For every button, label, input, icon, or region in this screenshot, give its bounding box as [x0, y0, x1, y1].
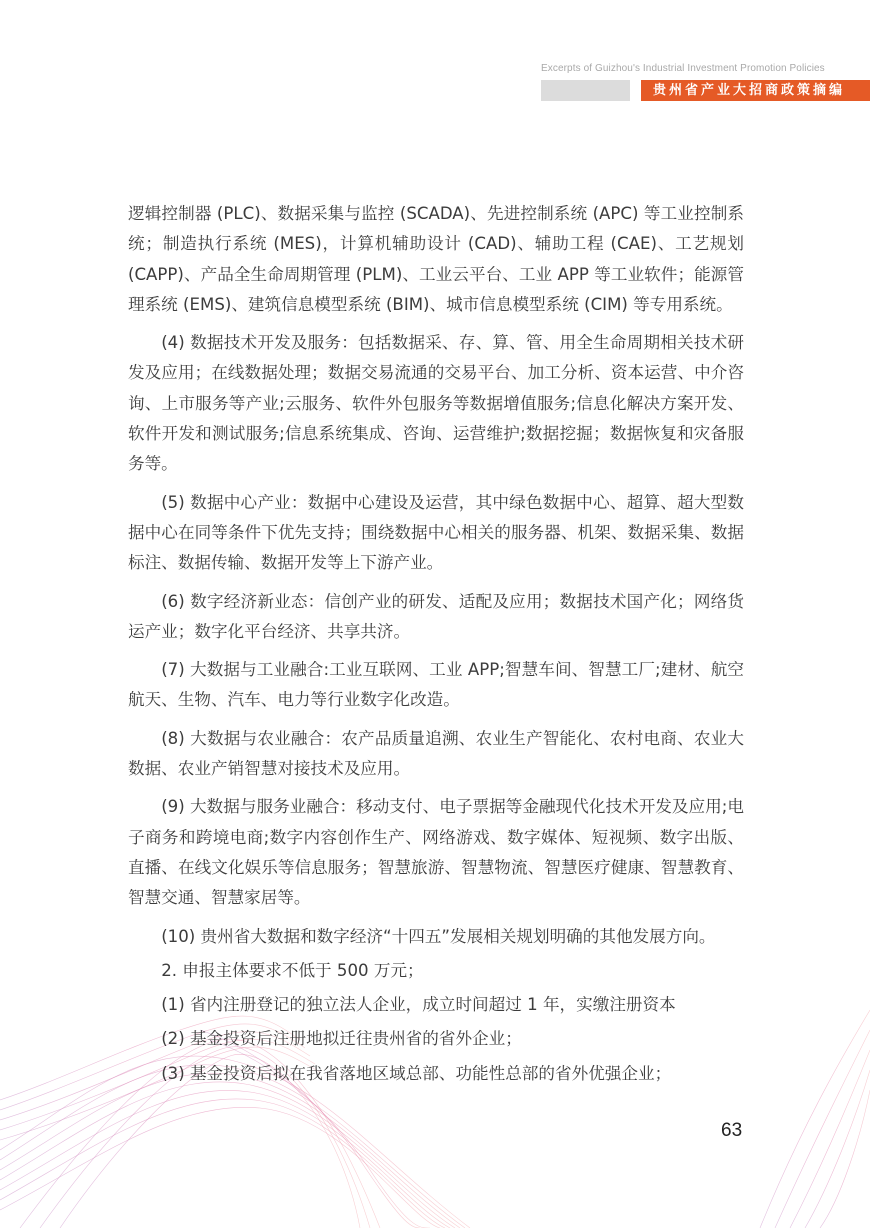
header-title-banner: 贵州省产业大招商政策摘编: [641, 80, 870, 101]
paragraph-sub-2: (2) 基金投资后注册地拟迁往贵州省的省外企业；: [128, 1024, 744, 1054]
paragraph-section-2: 2. 申报主体要求不低于 500 万元；: [128, 956, 744, 986]
paragraph-continued: 逻辑控制器 (PLC)、数据采集与监控 (SCADA)、先进控制系统 (APC)…: [128, 199, 744, 320]
header-subtitle-en: Excerpts of Guizhou's Industrial Investm…: [541, 63, 841, 74]
paragraph-item-4: (4) 数据技术开发及服务：包括数据采、存、算、管、用全生命周期相关技术研发及应…: [128, 328, 744, 479]
paragraph-item-5: (5) 数据中心产业：数据中心建设及运营，其中绿色数据中心、超算、超大型数据中心…: [128, 488, 744, 579]
page-number: 63: [721, 1120, 742, 1142]
header-gray-bar: [541, 80, 630, 101]
paragraph-item-9: (9) 大数据与服务业融合：移动支付、电子票据等金融现代化技术开发及应用;电子商…: [128, 792, 744, 913]
paragraph-item-8: (8) 大数据与农业融合：农产品质量追溯、农业生产智能化、农村电商、农业大数据、…: [128, 724, 744, 785]
paragraph-item-7: (7) 大数据与工业融合:工业互联网、工业 APP;智慧车间、智慧工厂;建材、航…: [128, 655, 744, 716]
paragraph-sub-1: (1) 省内注册登记的独立法人企业，成立时间超过 1 年，实缴注册资本: [128, 990, 744, 1020]
document-body: 逻辑控制器 (PLC)、数据采集与监控 (SCADA)、先进控制系统 (APC)…: [128, 199, 744, 1093]
paragraph-item-6: (6) 数字经济新业态：信创产业的研发、适配及应用；数据技术国产化；网络货运产业…: [128, 587, 744, 648]
paragraph-item-10: (10) 贵州省大数据和数字经济“十四五”发展相关规划明确的其他发展方向。: [128, 922, 744, 952]
paragraph-sub-3: (3) 基金投资后拟在我省落地区域总部、功能性总部的省外优强企业；: [128, 1059, 744, 1089]
